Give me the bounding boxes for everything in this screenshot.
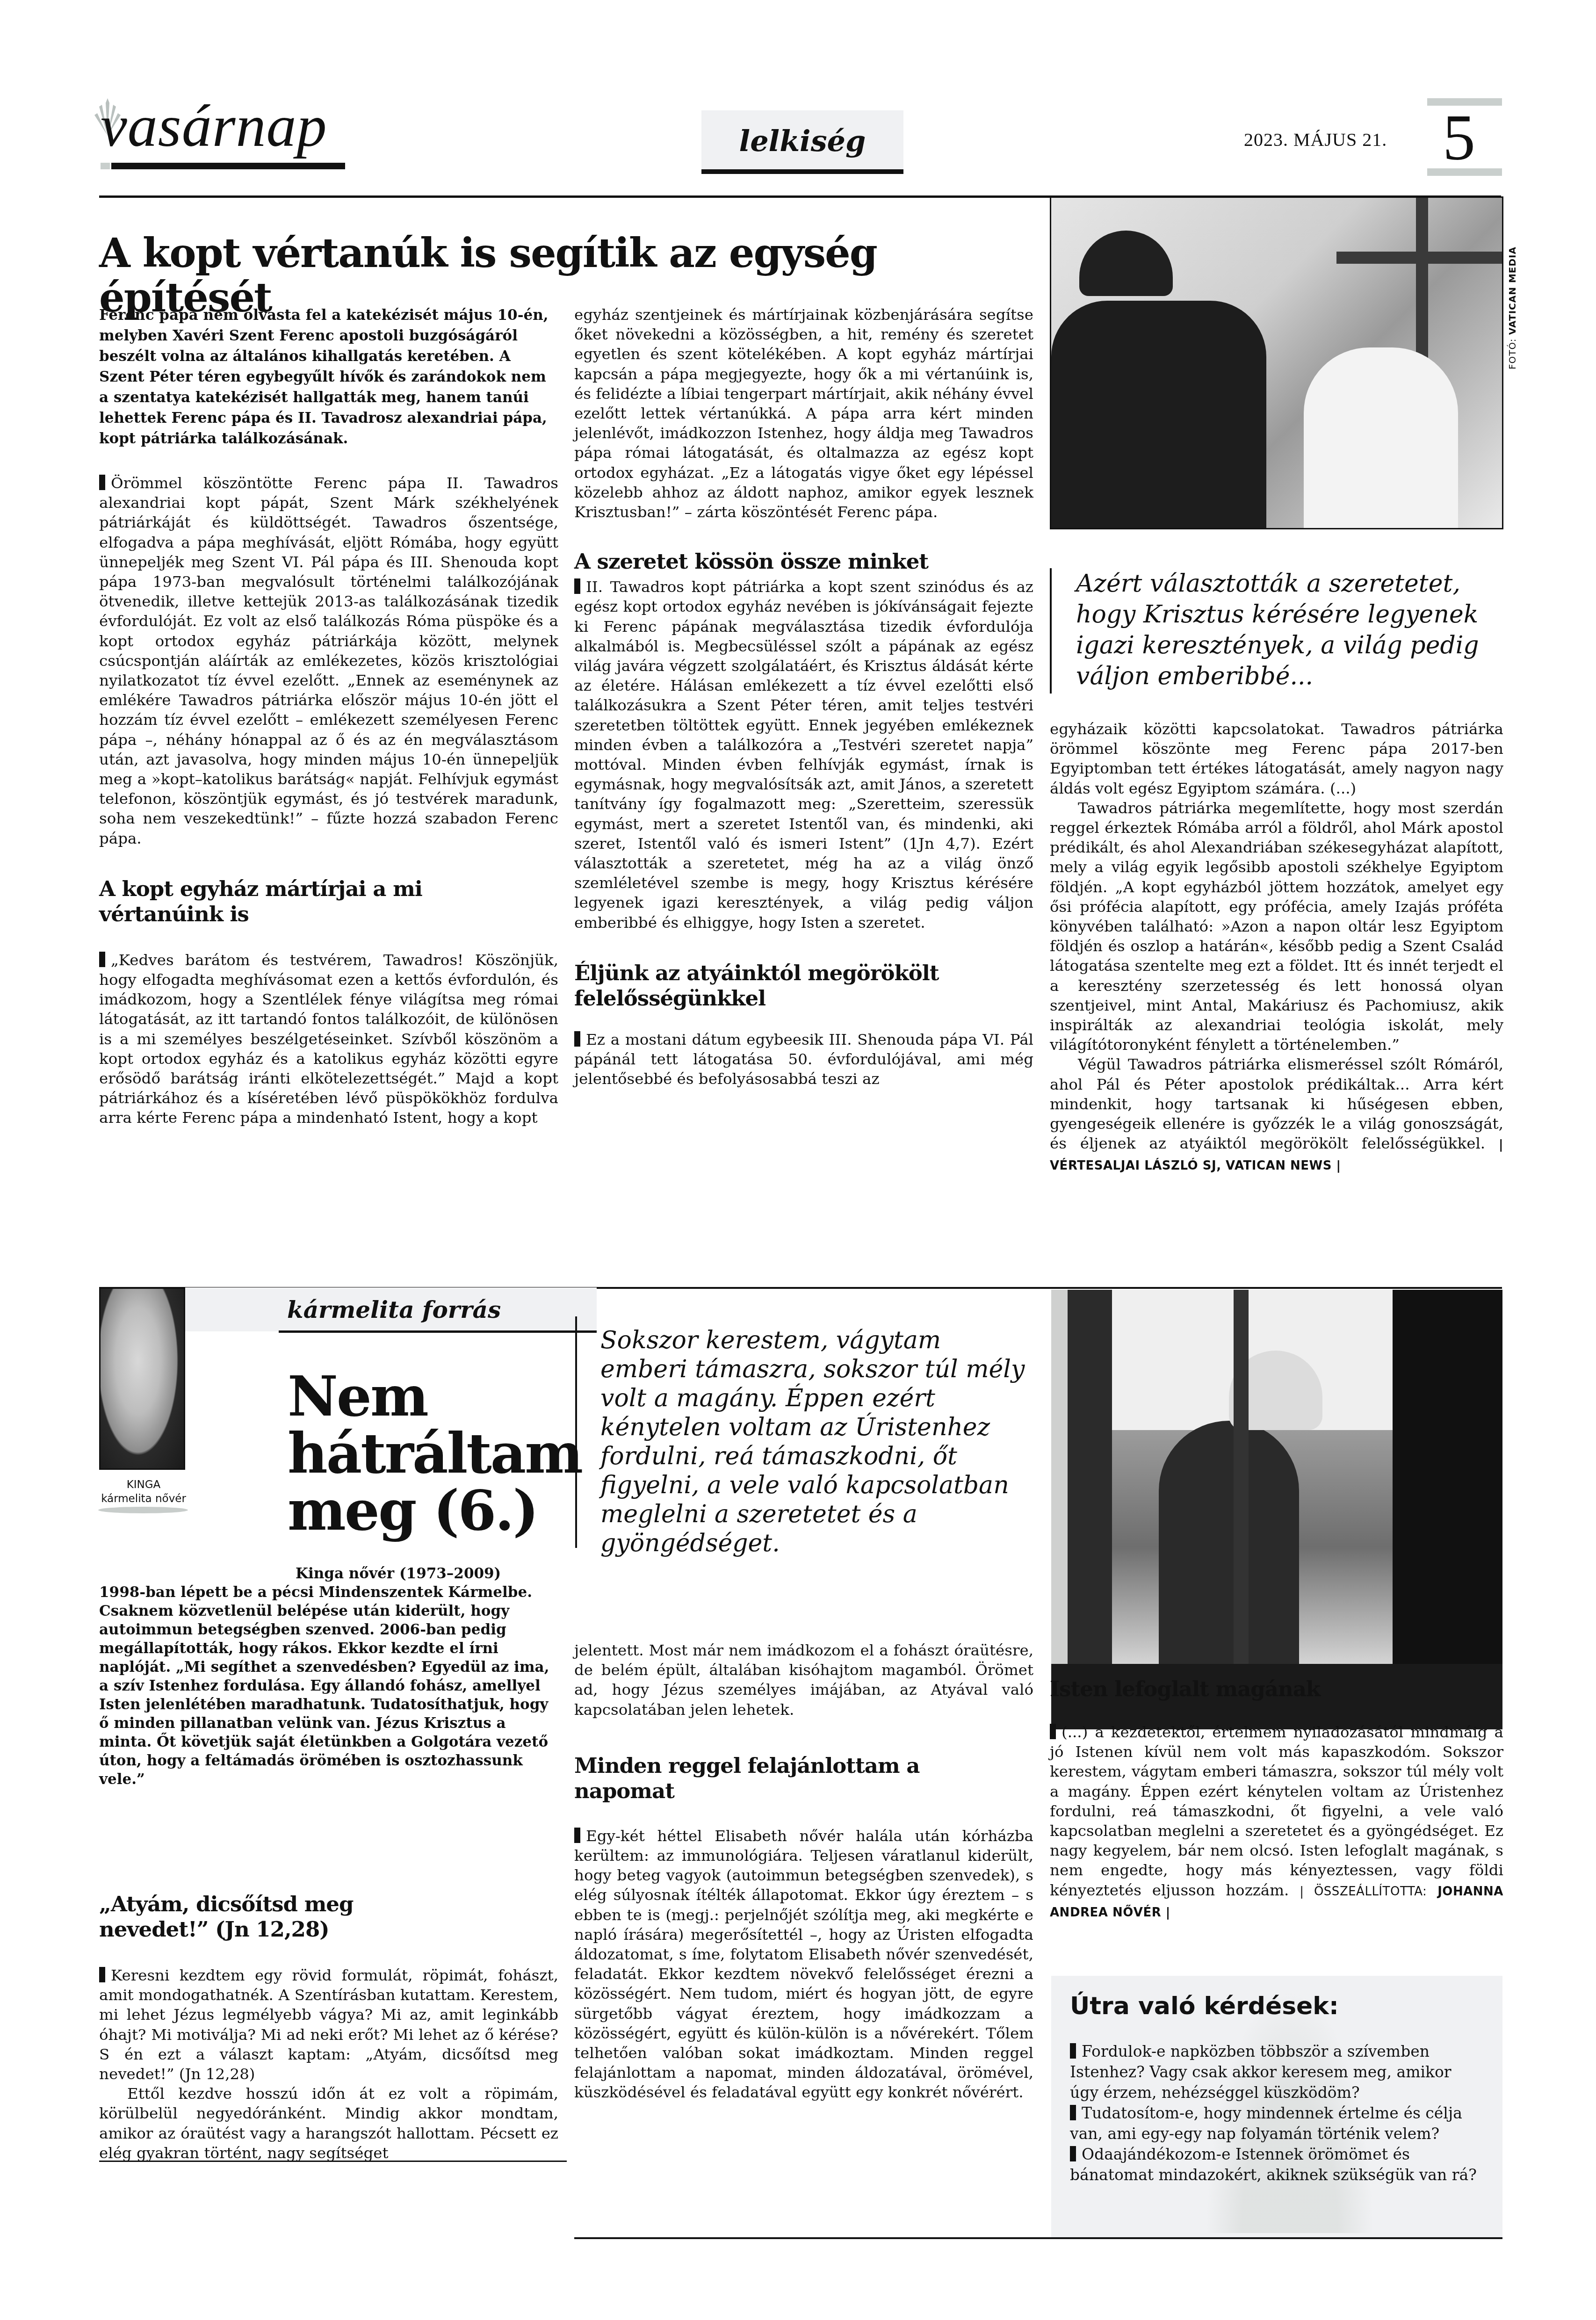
pull-quote: Azért választották a szeretetet, hogy Kr…	[1050, 568, 1499, 694]
publication-logo[interactable]: vasárnap	[101, 96, 327, 156]
article1-body-5: Ez a mostani dátum egybeesik III. Shenou…	[574, 1030, 1033, 1089]
window-frame	[1234, 1290, 1249, 1729]
question-item: Fordulok-e napközben többször a szívembe…	[1070, 2041, 1484, 2103]
patriarch-hat	[1079, 231, 1173, 296]
subhead: „Atyám, dicsőítsd meg nevedet!” (Jn 12,2…	[99, 1892, 455, 1942]
paragraph-marker-icon	[574, 1031, 580, 1047]
paragraph-marker-icon	[99, 475, 105, 490]
portrait-shadow	[98, 1507, 188, 1513]
paragraph-marker-icon	[1070, 2146, 1076, 2161]
logo-underline-accent	[101, 163, 110, 169]
subhead: Minden reggel felajánlottam a napomat	[574, 1753, 930, 1804]
column-end-rule	[99, 2161, 567, 2162]
paragraph-marker-icon	[1070, 2105, 1076, 2120]
subhead: Éljünk az atyáinktól megörökölt felelőss…	[574, 961, 948, 1011]
article1-column-2: egyház szentjeinek és mártírjainak közbe…	[574, 305, 1033, 1089]
pull-quote: Sokszor kerestem, vágytam emberi támaszr…	[575, 1316, 1033, 1548]
article2-column-3: Isten lefoglalt magának (...) a kezdetek…	[1050, 1677, 1503, 1922]
article2-intro: Kinga nővér (1973–2009) 1998-ban lépett …	[99, 1564, 562, 1789]
questions-title: Útra való kérdések:	[1070, 1990, 1484, 2023]
question-item: Odaajándékozom-e Istennek örömömet és bá…	[1070, 2144, 1484, 2185]
article1-body-4: II. Tawadros kopt pátriárka a kopt szent…	[574, 577, 1033, 932]
article2-column-1: „Atyám, dicsőítsd meg nevedet!” (Jn 12,2…	[99, 1892, 558, 2163]
article1-body-3: egyház szentjeinek és mártírjainak közbe…	[574, 305, 1033, 522]
paragraph-marker-icon	[1070, 2043, 1076, 2059]
section-underline	[701, 169, 903, 174]
reflection-questions-box: Útra való kérdések: Fordulok-e napközben…	[1051, 1976, 1502, 2238]
article2-body-1: Keresni kezdtem egy rövid formulát, röpi…	[99, 1966, 558, 2163]
page-number-bar-bottom	[1427, 168, 1502, 176]
paragraph-marker-icon	[574, 578, 580, 594]
paragraph-marker-icon	[574, 1828, 580, 1843]
article2-body-2: jelentett. Most már nem imádkozom el a f…	[574, 1641, 1033, 1720]
article-lead: Ferenc pápa nem olvasta fel a katekézisé…	[99, 305, 558, 449]
series-title: Nem hátráltam meg (6.)	[288, 1368, 549, 1539]
article2-column-2: jelentett. Most már nem imádkozom el a f…	[574, 1641, 1033, 2103]
photo-credit: FOTÓ: VATICAN MEDIA	[1507, 246, 1518, 369]
article2-body-3: Egy-két héttel Elisabeth nővér halála ut…	[574, 1826, 1033, 2103]
footer-rule	[574, 2237, 1502, 2239]
column-label: kármelita forrás	[279, 1287, 597, 1331]
paragraph-marker-icon	[99, 1967, 105, 1982]
column-label-underline	[279, 1330, 597, 1333]
crucifix-shape	[1336, 252, 1503, 264]
article-photo-nun-window	[1051, 1290, 1502, 1729]
subhead: A kopt egyház mártírjai a mi vértanúink …	[99, 876, 436, 927]
pope-figure	[1304, 347, 1458, 529]
portrait-photo-kinga	[99, 1287, 185, 1470]
question-item: Tudatosítom-e, hogy mindennek értelme és…	[1070, 2103, 1484, 2144]
subhead: Isten lefoglalt magának	[1050, 1677, 1503, 1702]
paragraph-marker-icon	[99, 952, 105, 967]
article1-body-2: „Kedves barátom és testvérem, Tawadros! …	[99, 950, 558, 1128]
section-label: lelkiség	[701, 110, 903, 171]
issue-date: 2023. MÁJUS 21.	[1244, 129, 1387, 151]
article-photo-popes	[1050, 196, 1503, 529]
window-frame	[1393, 1290, 1502, 1729]
paragraph-marker-icon	[1050, 1724, 1056, 1739]
page-number: 5	[1443, 105, 1475, 171]
logo-underline	[111, 163, 345, 169]
article1-body-6: egyházaik közötti kapcsolatokat. Tawadro…	[1050, 719, 1503, 1176]
window-frame	[1068, 1290, 1112, 1729]
article1-body-1: Örömmel köszöntötte Ferenc pápa II. Tawa…	[99, 473, 558, 848]
subhead: A szeretet kössön össze minket	[574, 549, 1033, 574]
portrait-caption: KINGA kármelita nővér	[99, 1478, 188, 1506]
article1-column-1: Ferenc pápa nem olvasta fel a katekézisé…	[99, 305, 558, 1128]
patriarch-figure	[1051, 301, 1266, 529]
article2-body-4: (...) a kezdetektől, értelmem nyiladozás…	[1050, 1722, 1503, 1922]
article1-column-3: egyházaik közötti kapcsolatokat. Tawadro…	[1050, 719, 1503, 1176]
